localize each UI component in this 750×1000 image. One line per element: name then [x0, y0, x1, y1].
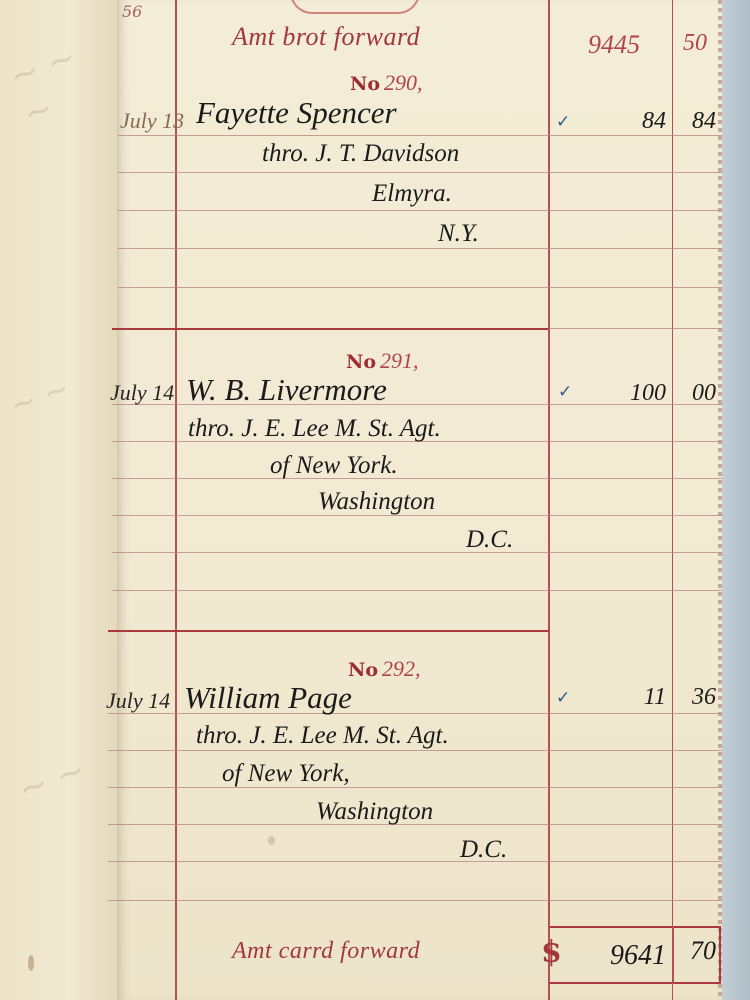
entry-line: Washington: [318, 488, 435, 516]
amount-column-rule: [548, 0, 550, 1000]
entry-cents: 36: [680, 684, 716, 711]
ruled-line: [549, 328, 722, 329]
entry-separator: [108, 630, 549, 632]
left-facing-page: ~ ~ ~ ~ ~ ~ ~: [0, 0, 118, 1000]
perforated-edge: [718, 0, 722, 1000]
entry-line: thro. J. E. Lee M. St. Agt.: [196, 722, 449, 750]
entry-separator: [112, 328, 549, 330]
entry-number-value: 290,: [384, 70, 423, 95]
check-mark: ✓: [556, 112, 570, 132]
entry-date: July 14: [110, 380, 174, 406]
entry-number: No290,: [350, 70, 423, 96]
entry-line: D.C.: [466, 526, 513, 554]
entry-line: Elmyra.: [372, 180, 452, 208]
number-sign: No: [348, 659, 378, 681]
ruled-line: [112, 552, 722, 553]
date-column-rule: [175, 0, 177, 1000]
check-mark: ✓: [556, 688, 570, 708]
entry-number-value: 292,: [382, 656, 421, 681]
entry-dollars: 84: [600, 108, 666, 135]
ink-stain: [28, 955, 34, 971]
entry-line: thro. J. E. Lee M. St. Agt.: [188, 415, 441, 443]
brought-forward-cents: 50: [683, 30, 707, 57]
entry-payee-name: W. B. Livermore: [186, 372, 387, 408]
ruled-line: [112, 590, 722, 591]
header-ornament: [290, 0, 420, 14]
entry-cents: 00: [680, 380, 716, 407]
carried-forward-label: Amt carrd forward: [232, 938, 420, 965]
entry-line: of New York.: [270, 452, 398, 480]
ruled-line: [108, 787, 722, 788]
entry-dollars: 100: [600, 380, 666, 407]
entry-number: No291,: [346, 348, 419, 374]
cents-column-rule: [672, 0, 673, 1000]
ruled-line: [112, 478, 722, 479]
brought-forward-dollars: 9445: [588, 30, 640, 60]
number-sign: No: [350, 73, 380, 95]
ruled-line: [108, 900, 722, 901]
entry-date: July 14: [106, 688, 170, 714]
entry-date: July 13: [120, 108, 184, 134]
entry-line: N.Y.: [438, 220, 479, 248]
page-number: 56: [122, 2, 142, 21]
check-mark: ✓: [558, 382, 572, 402]
entry-line: thro. J. T. Davidson: [262, 140, 459, 168]
ink-stain: [268, 836, 275, 845]
ruled-line: [118, 135, 722, 136]
entry-number-value: 291,: [380, 348, 419, 373]
entry-line: Washington: [316, 798, 433, 826]
ruled-line: [108, 750, 722, 751]
ruled-line: [118, 210, 722, 211]
bleed-through-text: ~ ~ ~: [4, 25, 127, 135]
entry-number: No292,: [348, 656, 421, 682]
ruled-line: [108, 861, 722, 862]
entry-line: D.C.: [460, 836, 507, 864]
entry-cents: 84: [680, 108, 716, 135]
ruled-line: [118, 248, 722, 249]
dollar-sign: $: [541, 935, 562, 970]
total-cents-divider: [672, 926, 674, 984]
total-cents: 70: [680, 936, 716, 966]
entry-line: of New York,: [222, 760, 350, 788]
ruled-line: [118, 172, 722, 173]
brought-forward-label: Amt brot forward: [232, 22, 420, 52]
entry-payee-name: William Page: [184, 680, 352, 716]
bleed-through-text: ~ ~: [6, 371, 74, 424]
entry-dollars: 11: [600, 684, 666, 711]
bleed-through-text: ~ ~: [13, 750, 90, 811]
number-sign: No: [346, 351, 376, 373]
entry-payee-name: Fayette Spencer: [196, 95, 397, 131]
total-dollars: 9641: [580, 940, 666, 972]
ruled-line: [118, 287, 722, 288]
